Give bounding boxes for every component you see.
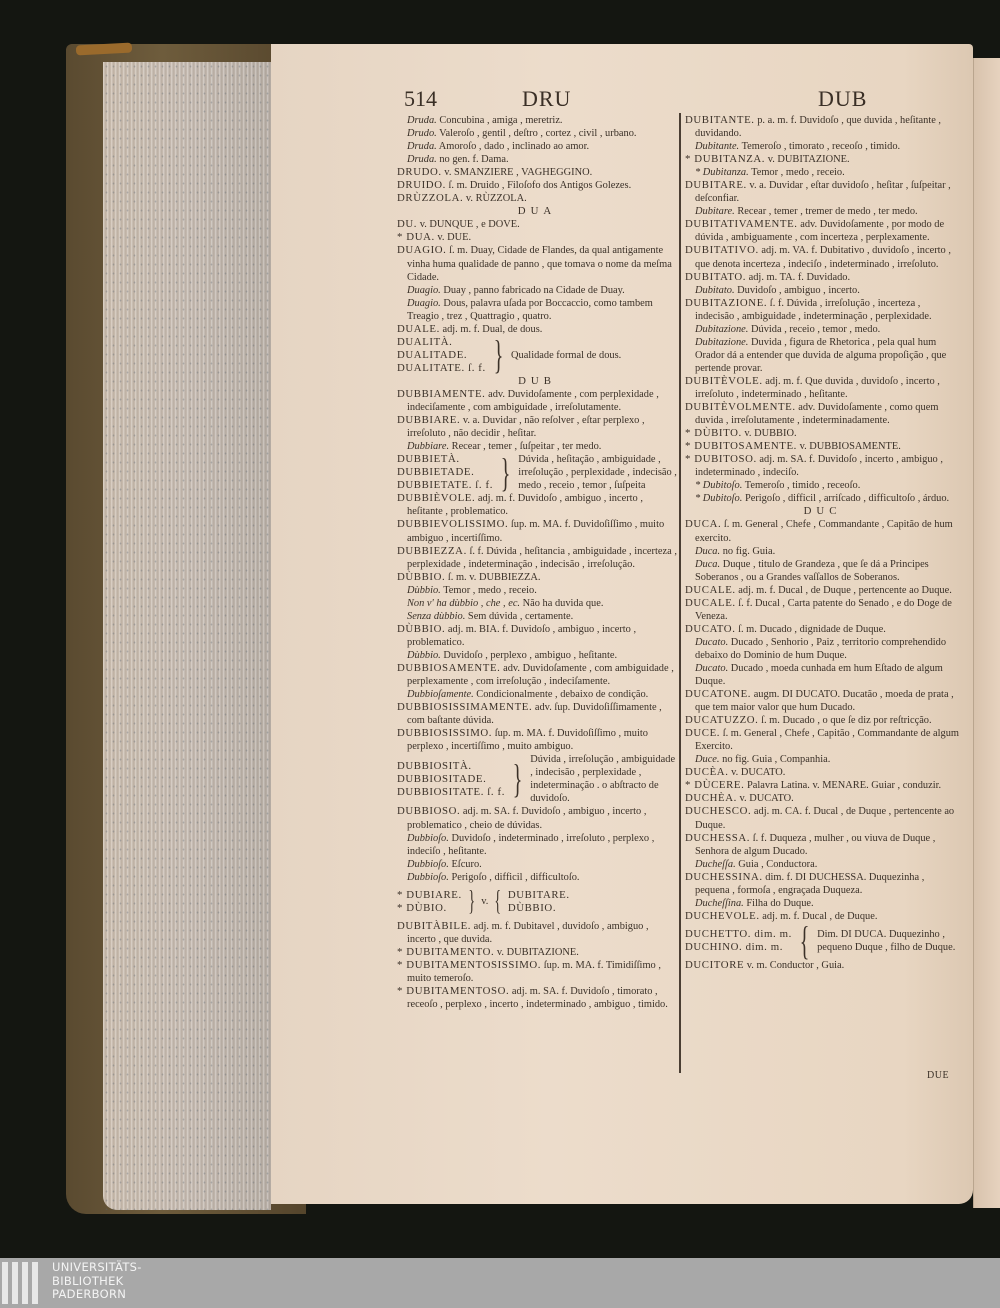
dictionary-entry: * DUBITAMENTOSISSIMO. ſup. m. MA. f. Tim… <box>397 959 677 985</box>
dictionary-entry: DUCATONE. augm. DI DUCATO. Ducatão , moe… <box>685 688 960 714</box>
dictionary-entry: * Dubitanza. Temor , medo , receio. <box>685 166 960 179</box>
dictionary-entry: DUCÈA. v. DUCATO. <box>685 766 960 779</box>
dictionary-entry: Ducato. Ducado , moeda cunhada em hum Eſ… <box>685 662 960 688</box>
dictionary-entry: DRUIDO. ſ. m. Druido , Filoſofo dos Anti… <box>397 179 677 192</box>
dictionary-entry: * DUBITAMENTO. v. DUBITAZIONE. <box>397 946 677 959</box>
dictionary-entry: Dubbioſamente. Condicionalmente , debaix… <box>397 688 677 701</box>
dictionary-entry: * DUBITOSAMENTE. v. DUBBIOSAMENTE. <box>685 440 960 453</box>
dictionary-entry: Druda. Concubina , amiga , meretriz. <box>397 114 677 127</box>
facing-page-edge <box>973 58 1000 1208</box>
section-heading-dub: DUB <box>397 375 677 388</box>
library-logo-icon <box>2 1262 38 1304</box>
dictionary-entry: DUCATO. ſ. m. Ducado , dignidade de Duqu… <box>685 623 960 636</box>
brace-icon: } <box>501 455 511 491</box>
dictionary-entry: Dubbiare. Recear , temer , ſuſpeitar , t… <box>397 440 677 453</box>
dictionary-entry: DUBBIEVOLISSIMO. ſup. m. MA. f. Duvidoſi… <box>397 518 677 544</box>
dictionary-entry: DUBBIARE. v. a. Duvidar , não reſolver ,… <box>397 414 677 440</box>
dictionary-entry: Duagio. Duay , panno fabricado na Cidade… <box>397 284 677 297</box>
bracketed-entry-group: DUBBIOSITÀ. DUBBIOSITADE. DUBBIOSITATE. … <box>397 753 677 805</box>
dictionary-entry: DUCHESSINA. dim. f. DI DUCHESSA. Duquezi… <box>685 871 960 897</box>
column-divider <box>679 113 681 1073</box>
bracketed-entry-group: DUALITÀ. DUALITADE. DUALITATE. ſ. f. } Q… <box>397 336 677 375</box>
dictionary-entry: Non v' ha dùbbio , che , ec. Não ha duvi… <box>397 597 677 610</box>
page-number: 514 <box>404 86 437 112</box>
dictionary-entry: DU. v. DUNQUE , e DOVE. <box>397 218 677 231</box>
dictionary-entry: DUBBIOSAMENTE. adv. Duvidoſamente , com … <box>397 662 677 688</box>
dictionary-entry: Duca. no fig. Guia. <box>685 545 960 558</box>
dictionary-entry: DUBITATIVAMENTE. adv. Duvidoſamente , po… <box>685 218 960 244</box>
dictionary-entry: Ducheſſa. Guia , Conductora. <box>685 858 960 871</box>
dictionary-entry: DUCHESSA. ſ. f. Duqueza , mulher , ou vi… <box>685 832 960 858</box>
library-logo-text: UNIVERSITÄTS- BIBLIOTHEK PADERBORN <box>52 1261 142 1302</box>
dictionary-entry: Dubitazione. Duvida , figura de Rhetoric… <box>685 336 960 375</box>
dictionary-entry: Duca. Duque , titulo de Grandeza , que ſ… <box>685 558 960 584</box>
dictionary-entry: Dùbbio. Duvidoſo , perplexo , ambiguo , … <box>397 649 677 662</box>
dictionary-entry: DUCA. ſ. m. General , Chefe , Commandant… <box>685 518 960 544</box>
dictionary-entry: DUCATUZZO. ſ. m. Ducado , o que ſe diz p… <box>685 714 960 727</box>
dictionary-entry: DUBITANTE. p. a. m. f. Duvidoſo , que du… <box>685 114 960 140</box>
dictionary-entry: Ducheſſina. Filha do Duque. <box>685 897 960 910</box>
dictionary-entry: Senza dùbbio. Sem dúvida , certamente. <box>397 610 677 623</box>
dictionary-entry: * DUBITAMENTOSO. adj. m. SA. f. Duvidoſo… <box>397 985 677 1011</box>
bracketed-entry-group: DUCHETTO. dim. m. DUCHINO. dim. m. { Dim… <box>685 923 960 959</box>
running-head-right: DUB <box>818 86 867 112</box>
dictionary-entry: Druda. Amoroſo , dado , inclinado ao amo… <box>397 140 677 153</box>
brace-icon: } <box>494 337 504 373</box>
dictionary-entry: DUALE. adj. m. f. Dual, de dous. <box>397 323 677 336</box>
dictionary-entry: Ducato. Ducado , Senhorio , Paiz , terri… <box>685 636 960 662</box>
brace-icon: { <box>495 884 502 920</box>
dictionary-entry: DUBBIÈVOLE. adj. m. f. Duvidoſo , ambigu… <box>397 492 677 518</box>
bracketed-entry-group: * DUBIARE. * DÙBIO. } v. { DUBITARE. DÙB… <box>397 884 677 920</box>
dictionary-entry: Dubitazione. Dúvida , receio , temor , m… <box>685 323 960 336</box>
dictionary-entry: * Dubitoſo. Perigoſo , difficil , arriſc… <box>685 492 960 505</box>
dictionary-entry: DÙBBIO. ſ. m. v. DUBBIEZZA. <box>397 571 677 584</box>
dictionary-entry: Drudo. Valeroſo , gentil , deſtro , cort… <box>397 127 677 140</box>
dictionary-entry: Dùbbio. Temor , medo , receio. <box>397 584 677 597</box>
bracketed-entry-group: DUBBIETÀ. DUBBIETADE. DUBBIETATE. ſ. f. … <box>397 453 677 492</box>
dictionary-entry: DUCE. ſ. m. General , Chefe , Capitão , … <box>685 727 960 753</box>
dictionary-entry: DUBITATO. adj. m. TA. f. Duvidado. <box>685 271 960 284</box>
dictionary-entry: Dubitato. Duvidoſo , ambiguo , incerto. <box>685 284 960 297</box>
dictionary-entry: DUBBIEZZA. ſ. f. Dúvida , heſitancia , a… <box>397 545 677 571</box>
dictionary-entry: Dubbioſo. Perigoſo , difficil , difficul… <box>397 871 677 884</box>
dictionary-entry: DUBBIOSISSIMAMENTE. adv. ſup. Duvidoſiſſ… <box>397 701 677 727</box>
dictionary-entry: * DÙBITO. v. DUBBIO. <box>685 427 960 440</box>
dictionary-entry: Dubbioſo. Eſcuro. <box>397 858 677 871</box>
brace-icon: { <box>800 923 810 959</box>
dictionary-entry: DUBITÈVOLMENTE. adv. Duvidoſamente , com… <box>685 401 960 427</box>
dictionary-entry: DRUDO. v. SMANZIERE , VAGHEGGINO. <box>397 166 677 179</box>
dictionary-entry: * DUA. v. DUE. <box>397 231 677 244</box>
dictionary-entry: DUBBIOSISSIMO. ſup. m. MA. f. Duvidoſiſſ… <box>397 727 677 753</box>
dictionary-entry: DUCHESCO. adj. m. CA. f. Ducal , de Duqu… <box>685 805 960 831</box>
page-edges <box>103 62 271 1210</box>
dictionary-entry: * DUBITOSO. adj. m. SA. f. Duvidoſo , in… <box>685 453 960 479</box>
dictionary-entry: Druda. no gen. f. Dama. <box>397 153 677 166</box>
dictionary-entry: Dubitante. Temeroſo , timorato , receoſo… <box>685 140 960 153</box>
dictionary-entry: DUCALE. ſ. f. Ducal , Carta patente do S… <box>685 597 960 623</box>
dictionary-entry: Duce. no fig. Guia , Companhia. <box>685 753 960 766</box>
section-heading-duc: DUC <box>685 505 960 518</box>
running-head-left: DRU <box>522 86 571 112</box>
section-heading-dua: DUA <box>397 205 677 218</box>
dictionary-entry: DUCHEVOLE. adj. m. f. Ducal , de Duque. <box>685 910 960 923</box>
dictionary-entry: DUCHÈA. v. DUCATO. <box>685 792 960 805</box>
dictionary-entry: DUCITORE v. m. Conductor , Guia. <box>685 959 960 972</box>
dictionary-entry: Duagio. Dous, palavra uſada por Boccacci… <box>397 297 677 323</box>
dictionary-entry: * Dubitoſo. Temeroſo , timido , receoſo. <box>685 479 960 492</box>
dictionary-entry: DUBITÀBILE. adj. m. f. Dubitavel , duvid… <box>397 920 677 946</box>
dictionary-entry: DRÙZZOLA. v. RÙZZOLA. <box>397 192 677 205</box>
dictionary-entry: DUBBIAMENTE. adv. Duvidoſamente , com pe… <box>397 388 677 414</box>
brace-icon: } <box>513 761 523 797</box>
dictionary-entry: * DUBITANZA. v. DUBITAZIONE. <box>685 153 960 166</box>
left-column: Druda. Concubina , amiga , meretriz. Dru… <box>397 114 677 1011</box>
library-footer-band <box>0 1258 1000 1308</box>
brace-icon: } <box>468 884 475 920</box>
dictionary-entry: DUBITARE. v. a. Duvidar , eſtar duvidoſo… <box>685 179 960 205</box>
dictionary-entry: DUBBIOSO. adj. m. SA. f. Duvidoſo , ambi… <box>397 805 677 831</box>
dictionary-entry: DUBITATIVO. adj. m. VA. f. Dubitativo , … <box>685 244 960 270</box>
dictionary-entry: DUAGIO. ſ. m. Duay, Cidade de Flandes, d… <box>397 244 677 283</box>
dictionary-entry: DUCALE. adj. m. f. Ducal , de Duque , pe… <box>685 584 960 597</box>
dictionary-entry: DÙBBIO. adj. m. BIA. f. Duvidoſo , ambig… <box>397 623 677 649</box>
dictionary-entry: * DÙCERE. Palavra Latina. v. MENARE. Gui… <box>685 779 960 792</box>
dictionary-entry: DUBITAZIONE. ſ. f. Dúvida , irreſolução … <box>685 297 960 323</box>
dictionary-entry: Dubitare. Recear , temer , tremer de med… <box>685 205 960 218</box>
dictionary-entry: DUBITÈVOLE. adj. m. f. Que duvida , duvi… <box>685 375 960 401</box>
right-column: DUBITANTE. p. a. m. f. Duvidoſo , que du… <box>685 114 960 972</box>
dictionary-entry: Dubbioſo. Duvidoſo , indeterminado , irr… <box>397 832 677 858</box>
catchword: DUE <box>927 1070 949 1081</box>
